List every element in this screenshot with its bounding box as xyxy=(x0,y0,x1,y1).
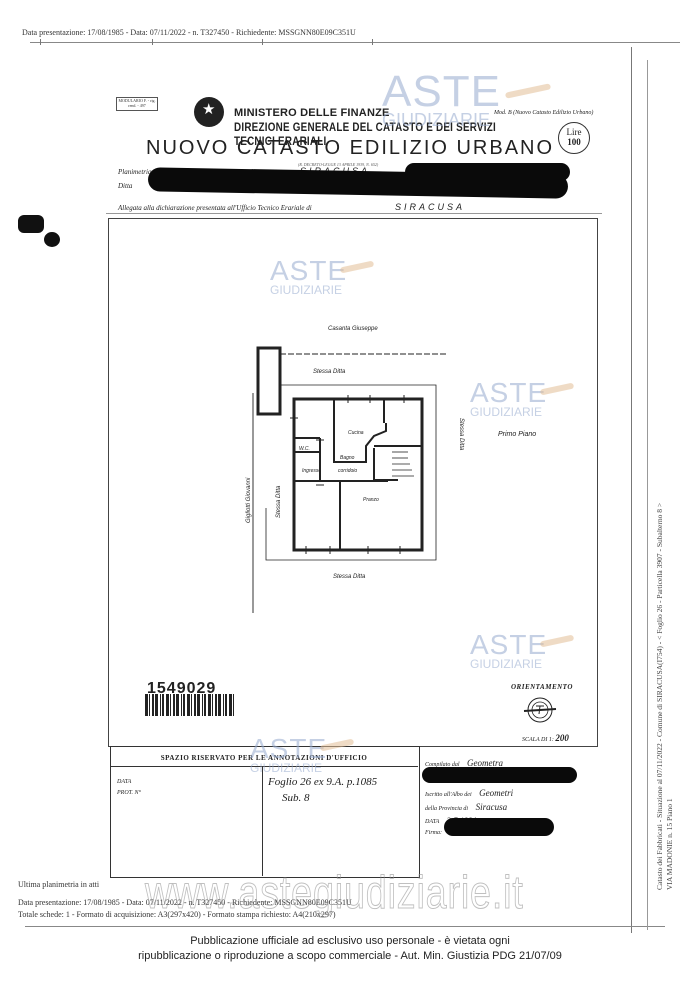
model-label: Mod. B (Nuovo Catasto Edilizio Urbano) xyxy=(494,110,593,116)
ink-blot xyxy=(44,232,60,247)
document-meta-line: Data presentazione: 17/08/1985 - Data: 0… xyxy=(22,28,356,37)
watermark-giudiziarie-text: GIUDIZIARIE xyxy=(250,762,327,774)
watermark-aste: ASTE GIUDIZIARIE xyxy=(470,380,547,418)
watermark-aste-text: ASTE xyxy=(470,380,547,406)
iscritto-row: Iscritto all'Albo dei Geometri xyxy=(425,788,513,798)
redacted-name xyxy=(422,767,577,783)
ufficio-value: SIRACUSA xyxy=(395,202,465,212)
ruler-tick xyxy=(372,39,373,45)
publication-notice-1: Pubblicazione ufficiale ad esclusivo uso… xyxy=(0,935,700,947)
ultima-planimetria: Ultima planimetria in atti xyxy=(18,880,99,889)
side-line-2: VIA MADONIE n. 15 Piano 1 xyxy=(665,420,675,890)
iscritto-value: Geometri xyxy=(479,788,513,798)
scale-value: 200 xyxy=(555,733,569,743)
ruler-tick xyxy=(262,39,263,45)
orientation-label: ORIENTAMENTO xyxy=(511,683,573,691)
divider xyxy=(106,213,602,214)
watermark-aste-text: ASTE xyxy=(270,258,347,284)
data-label: DATA xyxy=(425,819,439,825)
compass-icon xyxy=(522,697,558,723)
provincia-value: Siracusa xyxy=(476,802,508,812)
room-label: W.C. xyxy=(299,446,310,452)
stamp-line1: Lire xyxy=(559,127,589,137)
publication-notice-2: ripubblicazione o riproduzione a scopo c… xyxy=(0,950,700,962)
room-label: Bagno xyxy=(340,455,355,461)
north-neighbor: Casanta Giuseppe xyxy=(328,326,378,332)
watermark-aste: ASTE GIUDIZIARIE xyxy=(250,736,327,774)
bottom-label: Stessa Ditta xyxy=(333,574,366,580)
watermark-giudiziarie-text: GIUDIZIARIE xyxy=(382,112,501,128)
room-label: corridoio xyxy=(338,468,357,474)
side-cadastral-info: Catasto dei Fabbricati - Situazione al 0… xyxy=(655,420,675,890)
ruler-line xyxy=(30,42,680,43)
right-label: Stessa Ditta xyxy=(458,418,464,451)
redacted-field xyxy=(405,163,570,181)
left-inner-label: Stessa Ditta xyxy=(276,485,282,518)
form-title: NUOVO CATASTO EDILIZIO URBANO xyxy=(146,137,554,160)
ministry-name: MINISTERO DELLE FINANZE xyxy=(234,107,390,119)
firma-label: Firma: xyxy=(425,830,442,836)
watermark-aste: ASTE GIUDIZIARIE xyxy=(382,72,501,128)
watermark-aste-text: ASTE xyxy=(250,736,327,762)
watermark-giudiziarie-text: GIUDIZIARIE xyxy=(270,284,347,296)
watermark-aste-text: ASTE xyxy=(470,632,547,658)
side-line-1: Catasto dei Fabbricati - Situazione al 0… xyxy=(655,420,665,890)
left-outer-label: Gigliotti Giovanni xyxy=(246,477,252,523)
lire-stamp: Lire 100 xyxy=(558,122,590,154)
ditta-label: Ditta xyxy=(118,182,132,190)
annotation-data-label: DATA xyxy=(117,779,131,785)
barcode xyxy=(145,694,237,716)
watermark-giudiziarie-text: GIUDIZIARIE xyxy=(470,658,547,670)
stamp-line2: 100 xyxy=(559,137,589,147)
ruler-line xyxy=(25,926,665,927)
ink-blot xyxy=(18,215,44,233)
watermark-aste: ASTE GIUDIZIARIE xyxy=(470,632,547,670)
provincia-label: della Provincia di xyxy=(425,806,468,812)
watermark-site: www.astegiudiziarie.it xyxy=(145,865,524,919)
divider xyxy=(262,766,263,876)
ruler-tick xyxy=(40,39,41,45)
watermark-aste: ASTE GIUDIZIARIE xyxy=(270,258,347,296)
annotation-handwritten-2: Sub. 8 xyxy=(282,792,310,804)
room-label: Ingresso xyxy=(302,468,321,474)
redacted-signature xyxy=(444,818,554,836)
italian-emblem-icon: ★ xyxy=(194,97,224,127)
top-label: Stessa Ditta xyxy=(313,369,346,375)
watermark-aste-text: ASTE xyxy=(382,72,501,112)
scale-text: SCALA DI 1: xyxy=(522,737,554,743)
room-label: Cucina xyxy=(348,430,364,436)
modulario-label: MODULARIO F. - rig. rend. - 497 xyxy=(116,97,158,111)
annotation-prot-label: PROT. N° xyxy=(117,790,141,796)
watermark-giudiziarie-text: GIUDIZIARIE xyxy=(470,406,547,418)
room-label: Pranzo xyxy=(363,497,379,503)
side-rule xyxy=(647,60,648,930)
scale-label: SCALA DI 1: 200 xyxy=(522,733,569,743)
floor-label: Primo Piano xyxy=(498,431,536,438)
allegata-label: Allegata alla dichiarazione presentata a… xyxy=(118,204,312,212)
provincia-row: della Provincia di Siracusa xyxy=(425,802,507,812)
annotation-handwritten-1: Foglio 26 ex 9.A. p.1085 xyxy=(268,776,377,788)
ruler-tick xyxy=(152,39,153,45)
iscritto-label: Iscritto all'Albo dei xyxy=(425,792,472,798)
